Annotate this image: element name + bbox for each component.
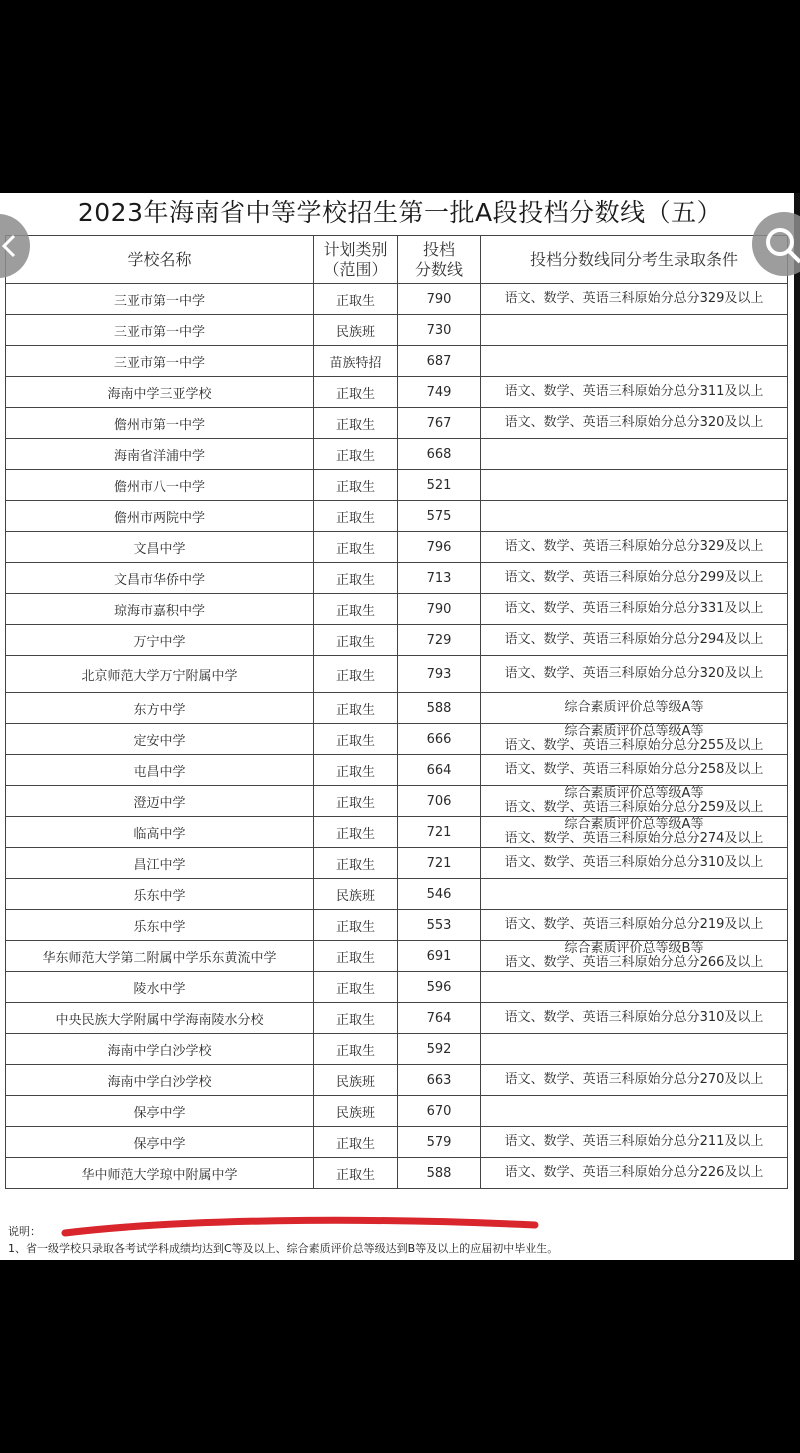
tie-condition [481, 315, 788, 346]
notes-section: 说明： 1、省一级学校只录取各考试学科成绩均达到C等及以上、综合素质评价总等级达… [8, 1223, 558, 1257]
plan-category: 正取生 [314, 724, 398, 755]
plan-category: 正取生 [314, 594, 398, 625]
table-row: 定安中学正取生666综合素质评价总等级A等语文、数学、英语三科原始分总分255及… [6, 724, 788, 755]
tie-condition [481, 501, 788, 532]
table-row: 万宁中学正取生729语文、数学、英语三科原始分总分294及以上 [6, 625, 788, 656]
tie-condition: 语文、数学、英语三科原始分总分310及以上 [481, 848, 788, 879]
notes-heading: 说明： [8, 1223, 558, 1240]
tie-condition-line2: 语文、数学、英语三科原始分总分274及以上 [481, 832, 787, 846]
cutoff-score: 575 [398, 501, 481, 532]
plan-category: 正取生 [314, 501, 398, 532]
document-page: 2023年海南省中等学校招生第一批A段投档分数线（五） 学校名称 计划类别 （范… [0, 193, 800, 1260]
tie-condition [481, 346, 788, 377]
tie-condition [481, 1034, 788, 1065]
cutoff-score: 764 [398, 1003, 481, 1034]
table-row: 临高中学正取生721综合素质评价总等级A等语文、数学、英语三科原始分总分274及… [6, 817, 788, 848]
table-row: 东方中学正取生588综合素质评价总等级A等 [6, 693, 788, 724]
score-table: 学校名称 计划类别 （范围） 投档 分数线 投档分数线同分考生录取条件 三亚市第… [5, 235, 788, 1189]
tie-condition: 综合素质评价总等级A等语文、数学、英语三科原始分总分259及以上 [481, 786, 788, 817]
plan-category: 正取生 [314, 972, 398, 1003]
search-button[interactable] [752, 212, 800, 276]
plan-category: 正取生 [314, 786, 398, 817]
table-row: 三亚市第一中学苗族特招687 [6, 346, 788, 377]
header-score-line2: 分数线 [398, 260, 480, 280]
plan-category: 正取生 [314, 377, 398, 408]
plan-category: 正取生 [314, 848, 398, 879]
table-row: 海南中学白沙学校民族班663语文、数学、英语三科原始分总分270及以上 [6, 1065, 788, 1096]
table-row: 保亭中学民族班670 [6, 1096, 788, 1127]
cutoff-score: 596 [398, 972, 481, 1003]
page-title: 2023年海南省中等学校招生第一批A段投档分数线（五） [0, 195, 800, 231]
table-row: 琼海市嘉积中学正取生790语文、数学、英语三科原始分总分331及以上 [6, 594, 788, 625]
tie-condition [481, 972, 788, 1003]
school-name: 琼海市嘉积中学 [6, 594, 314, 625]
table-row: 保亭中学正取生579语文、数学、英语三科原始分总分211及以上 [6, 1127, 788, 1158]
header-category-line2: （范围） [314, 260, 397, 280]
cutoff-score: 767 [398, 408, 481, 439]
school-name: 文昌中学 [6, 532, 314, 563]
school-name: 保亭中学 [6, 1127, 314, 1158]
tie-condition [481, 470, 788, 501]
plan-category: 正取生 [314, 656, 398, 693]
cutoff-score: 730 [398, 315, 481, 346]
plan-category: 正取生 [314, 1158, 398, 1189]
tie-condition: 语文、数学、英语三科原始分总分320及以上 [481, 408, 788, 439]
cutoff-score: 666 [398, 724, 481, 755]
table-row: 昌江中学正取生721语文、数学、英语三科原始分总分310及以上 [6, 848, 788, 879]
school-name: 海南省洋浦中学 [6, 439, 314, 470]
plan-category: 正取生 [314, 408, 398, 439]
tie-condition-line1: 综合素质评价总等级A等 [481, 725, 787, 739]
plan-category: 正取生 [314, 755, 398, 786]
tie-condition [481, 439, 788, 470]
table-row: 屯昌中学正取生664语文、数学、英语三科原始分总分258及以上 [6, 755, 788, 786]
cutoff-score: 729 [398, 625, 481, 656]
table-row: 海南中学三亚学校正取生749语文、数学、英语三科原始分总分311及以上 [6, 377, 788, 408]
tie-condition [481, 879, 788, 910]
header-category-line1: 计划类别 [314, 240, 397, 260]
table-row: 儋州市第一中学正取生767语文、数学、英语三科原始分总分320及以上 [6, 408, 788, 439]
plan-category: 正取生 [314, 625, 398, 656]
tie-condition: 语文、数学、英语三科原始分总分311及以上 [481, 377, 788, 408]
plan-category: 民族班 [314, 1096, 398, 1127]
school-name: 文昌市华侨中学 [6, 563, 314, 594]
school-name: 三亚市第一中学 [6, 284, 314, 315]
table-row: 儋州市两院中学正取生575 [6, 501, 788, 532]
tie-condition-line1: 综合素质评价总等级A等 [481, 818, 787, 832]
header-score: 投档 分数线 [398, 236, 481, 284]
cutoff-score: 670 [398, 1096, 481, 1127]
school-name: 保亭中学 [6, 1096, 314, 1127]
school-name: 儋州市第一中学 [6, 408, 314, 439]
table-row: 三亚市第一中学正取生790语文、数学、英语三科原始分总分329及以上 [6, 284, 788, 315]
cutoff-score: 592 [398, 1034, 481, 1065]
table-header-row: 学校名称 计划类别 （范围） 投档 分数线 投档分数线同分考生录取条件 [6, 236, 788, 284]
plan-category: 民族班 [314, 879, 398, 910]
school-name: 临高中学 [6, 817, 314, 848]
school-name: 乐东中学 [6, 879, 314, 910]
cutoff-score: 713 [398, 563, 481, 594]
table-row: 海南中学白沙学校正取生592 [6, 1034, 788, 1065]
school-name: 北京师范大学万宁附属中学 [6, 656, 314, 693]
cutoff-score: 790 [398, 594, 481, 625]
tie-condition: 语文、数学、英语三科原始分总分211及以上 [481, 1127, 788, 1158]
plan-category: 正取生 [314, 284, 398, 315]
plan-category: 正取生 [314, 1003, 398, 1034]
cutoff-score: 588 [398, 1158, 481, 1189]
tie-condition-line1: 综合素质评价总等级B等 [481, 942, 787, 956]
plan-category: 正取生 [314, 693, 398, 724]
school-name: 三亚市第一中学 [6, 315, 314, 346]
cutoff-score: 668 [398, 439, 481, 470]
school-name: 三亚市第一中学 [6, 346, 314, 377]
cutoff-score: 687 [398, 346, 481, 377]
tie-condition: 语文、数学、英语三科原始分总分270及以上 [481, 1065, 788, 1096]
school-name: 华中师范大学琼中附属中学 [6, 1158, 314, 1189]
plan-category: 正取生 [314, 1034, 398, 1065]
school-name: 乐东中学 [6, 910, 314, 941]
tie-condition-line1: 综合素质评价总等级A等 [481, 787, 787, 801]
tie-condition: 语文、数学、英语三科原始分总分331及以上 [481, 594, 788, 625]
table-row: 文昌市华侨中学正取生713语文、数学、英语三科原始分总分299及以上 [6, 563, 788, 594]
tie-condition: 语文、数学、英语三科原始分总分219及以上 [481, 910, 788, 941]
table-row: 三亚市第一中学民族班730 [6, 315, 788, 346]
table-body: 三亚市第一中学正取生790语文、数学、英语三科原始分总分329及以上三亚市第一中… [6, 284, 788, 1189]
school-name: 东方中学 [6, 693, 314, 724]
school-name: 中央民族大学附属中学海南陵水分校 [6, 1003, 314, 1034]
cutoff-score: 691 [398, 941, 481, 972]
school-name: 海南中学白沙学校 [6, 1034, 314, 1065]
tie-condition: 语文、数学、英语三科原始分总分329及以上 [481, 284, 788, 315]
tie-condition: 语文、数学、英语三科原始分总分294及以上 [481, 625, 788, 656]
plan-category: 正取生 [314, 1127, 398, 1158]
tie-condition: 语文、数学、英语三科原始分总分226及以上 [481, 1158, 788, 1189]
table-row: 中央民族大学附属中学海南陵水分校正取生764语文、数学、英语三科原始分总分310… [6, 1003, 788, 1034]
tie-condition: 语文、数学、英语三科原始分总分299及以上 [481, 563, 788, 594]
tie-condition: 综合素质评价总等级B等语文、数学、英语三科原始分总分266及以上 [481, 941, 788, 972]
tie-condition-line2: 语文、数学、英语三科原始分总分259及以上 [481, 801, 787, 815]
school-name: 陵水中学 [6, 972, 314, 1003]
table-row: 华中师范大学琼中附属中学正取生588语文、数学、英语三科原始分总分226及以上 [6, 1158, 788, 1189]
plan-category: 民族班 [314, 315, 398, 346]
table-row: 儋州市八一中学正取生521 [6, 470, 788, 501]
cutoff-score: 553 [398, 910, 481, 941]
cutoff-score: 588 [398, 693, 481, 724]
header-category: 计划类别 （范围） [314, 236, 398, 284]
cutoff-score: 790 [398, 284, 481, 315]
table-row: 乐东中学民族班546 [6, 879, 788, 910]
table-row: 华东师范大学第二附属中学乐东黄流中学正取生691综合素质评价总等级B等语文、数学… [6, 941, 788, 972]
school-name: 海南中学三亚学校 [6, 377, 314, 408]
tie-condition-line2: 语文、数学、英语三科原始分总分255及以上 [481, 739, 787, 753]
school-name: 华东师范大学第二附属中学乐东黄流中学 [6, 941, 314, 972]
table-row: 乐东中学正取生553语文、数学、英语三科原始分总分219及以上 [6, 910, 788, 941]
table-row: 北京师范大学万宁附属中学正取生793语文、数学、英语三科原始分总分320及以上 [6, 656, 788, 693]
school-name: 定安中学 [6, 724, 314, 755]
cutoff-score: 546 [398, 879, 481, 910]
tie-condition: 综合素质评价总等级A等语文、数学、英语三科原始分总分274及以上 [481, 817, 788, 848]
cutoff-score: 721 [398, 848, 481, 879]
chevron-left-icon [0, 234, 20, 258]
school-name: 屯昌中学 [6, 755, 314, 786]
plan-category: 正取生 [314, 941, 398, 972]
cutoff-score: 664 [398, 755, 481, 786]
school-name: 万宁中学 [6, 625, 314, 656]
school-name: 昌江中学 [6, 848, 314, 879]
tie-condition: 语文、数学、英语三科原始分总分258及以上 [481, 755, 788, 786]
plan-category: 正取生 [314, 439, 398, 470]
header-school: 学校名称 [6, 236, 314, 284]
school-name: 儋州市八一中学 [6, 470, 314, 501]
table-row: 陵水中学正取生596 [6, 972, 788, 1003]
cutoff-score: 706 [398, 786, 481, 817]
tie-condition: 综合素质评价总等级A等语文、数学、英语三科原始分总分255及以上 [481, 724, 788, 755]
plan-category: 苗族特招 [314, 346, 398, 377]
tie-condition [481, 1096, 788, 1127]
school-name: 海南中学白沙学校 [6, 1065, 314, 1096]
tie-condition: 语文、数学、英语三科原始分总分310及以上 [481, 1003, 788, 1034]
magnifier-icon [760, 220, 800, 268]
notes-line-1: 1、省一级学校只录取各考试学科成绩均达到C等及以上、综合素质评价总等级达到B等及… [8, 1240, 558, 1257]
cutoff-score: 521 [398, 470, 481, 501]
plan-category: 民族班 [314, 1065, 398, 1096]
tie-condition: 语文、数学、英语三科原始分总分320及以上 [481, 656, 788, 693]
header-score-line1: 投档 [398, 240, 480, 260]
cutoff-score: 793 [398, 656, 481, 693]
plan-category: 正取生 [314, 817, 398, 848]
tie-condition: 语文、数学、英语三科原始分总分329及以上 [481, 532, 788, 563]
cutoff-score: 796 [398, 532, 481, 563]
table-row: 澄迈中学正取生706综合素质评价总等级A等语文、数学、英语三科原始分总分259及… [6, 786, 788, 817]
table-row: 海南省洋浦中学正取生668 [6, 439, 788, 470]
school-name: 儋州市两院中学 [6, 501, 314, 532]
plan-category: 正取生 [314, 563, 398, 594]
cutoff-score: 579 [398, 1127, 481, 1158]
header-condition: 投档分数线同分考生录取条件 [481, 236, 788, 284]
plan-category: 正取生 [314, 470, 398, 501]
page-edge [794, 193, 800, 1260]
tie-condition-line2: 语文、数学、英语三科原始分总分266及以上 [481, 956, 787, 970]
cutoff-score: 749 [398, 377, 481, 408]
tie-condition: 综合素质评价总等级A等 [481, 693, 788, 724]
school-name: 澄迈中学 [6, 786, 314, 817]
plan-category: 正取生 [314, 532, 398, 563]
cutoff-score: 721 [398, 817, 481, 848]
plan-category: 正取生 [314, 910, 398, 941]
table-row: 文昌中学正取生796语文、数学、英语三科原始分总分329及以上 [6, 532, 788, 563]
cutoff-score: 663 [398, 1065, 481, 1096]
